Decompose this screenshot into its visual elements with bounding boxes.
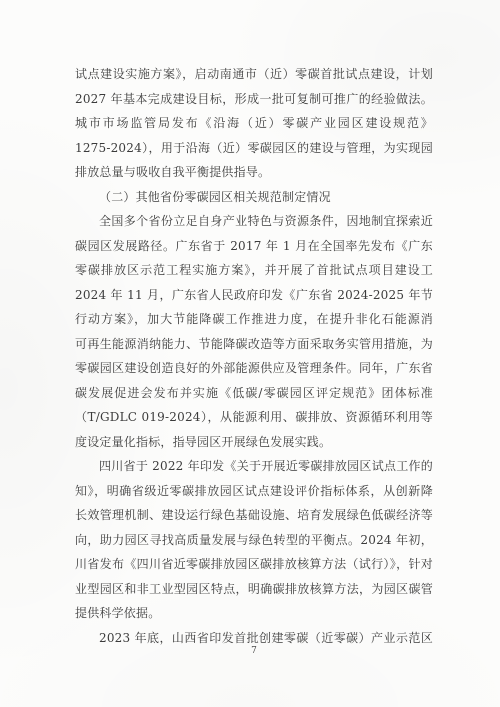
page-body: 试点建设实施方案》，启动南通市（近）零碳首批试点建设，计划到2027 年基本完成… xyxy=(75,62,433,650)
text-line: 试点建设实施方案》，启动南通市（近）零碳首批试点建设，计划到 xyxy=(75,62,433,87)
text-line: （二）其他省份零碳园区相关规范制定情况 xyxy=(75,185,433,210)
document-page: 试点建设实施方案》，启动南通市（近）零碳首批试点建设，计划到2027 年基本完成… xyxy=(0,0,500,707)
text-line: 川省发布《四川省近零碳排放园区碳排放核算方法（试行）》，针对工 xyxy=(75,552,433,577)
page-number: 7 xyxy=(75,644,433,658)
text-line: 可再生能源消纳能力、节能降碳改造等方面采取务实管用措施，为近 xyxy=(75,332,433,357)
text-line: 业型园区和非工业型园区特点，明确碳排放核算方法，为园区碳管理 xyxy=(75,577,433,602)
text-line: 四川省于 2022 年印发《关于开展近零碳排放园区试点工作的通 xyxy=(75,454,433,479)
text-line: 排放总量与吸收自我平衡提供指导。 xyxy=(75,160,433,185)
text-line: （T/GDLC 019-2024），从能源利用、碳排放、资源循环利用等多维 xyxy=(75,405,433,430)
text-line: 全国多个省份立足自身产业特色与资源条件，因地制宜探索近零 xyxy=(75,209,433,234)
section-heading: （二）其他省份零碳园区相关规范制定情况 xyxy=(75,185,433,210)
paragraph: 全国多个省份立足自身产业特色与资源条件，因地制宜探索近零碳园区发展路径。广东省于… xyxy=(75,209,433,454)
text-line: 提供科学依据。 xyxy=(75,601,433,626)
text-line: 零碳园区建设创造良好的外部能源供应及管理条件。同年，广东省低 xyxy=(75,356,433,381)
text-line: 向，助力园区寻找高质量发展与绿色转型的平衡点。2024 年初，四 xyxy=(75,528,433,553)
text-line: 碳园区发展路径。广东省于 2017 年 1 月在全国率先发布《广东省近 xyxy=(75,234,433,259)
text-line: 2027 年基本完成建设目标，形成一批可复制可推广的经验做法。盐 xyxy=(75,87,433,112)
text-line: 行动方案》，加大节能降碳工作推进力度，在提升非化石能源消费、 xyxy=(75,307,433,332)
paragraph: 试点建设实施方案》，启动南通市（近）零碳首批试点建设，计划到2027 年基本完成… xyxy=(75,62,433,185)
text-line: 2024 年 11 月，广东省人民政府印发《广东省 2024-2025 年节能降… xyxy=(75,283,433,308)
text-line: 碳发展促进会发布并实施《低碳/零碳园区评定规范》团体标准 xyxy=(75,381,433,406)
text-line: 度设定量化指标，指导园区开展绿色发展实践。 xyxy=(75,430,433,455)
text-line: 知》，明确省级近零碳排放园区试点建设评价指标体系，从创新降碳 xyxy=(75,479,433,504)
text-line: 长效管理机制、建设运行绿色基础设施、培育发展绿色低碳经济等方 xyxy=(75,503,433,528)
text-line: 零碳排放区示范工程实施方案》，并开展了首批试点项目建设工作。 xyxy=(75,258,433,283)
text-line: 1275-2024），用于沿海（近）零碳园区的建设与管理，为实现园区碳 xyxy=(75,136,433,161)
text-line: 城市市场监管局发布《沿海（近）零碳产业园区建设规范》（DB3209/T xyxy=(75,111,433,136)
paragraph: 四川省于 2022 年印发《关于开展近零碳排放园区试点工作的通知》，明确省级近零… xyxy=(75,454,433,626)
